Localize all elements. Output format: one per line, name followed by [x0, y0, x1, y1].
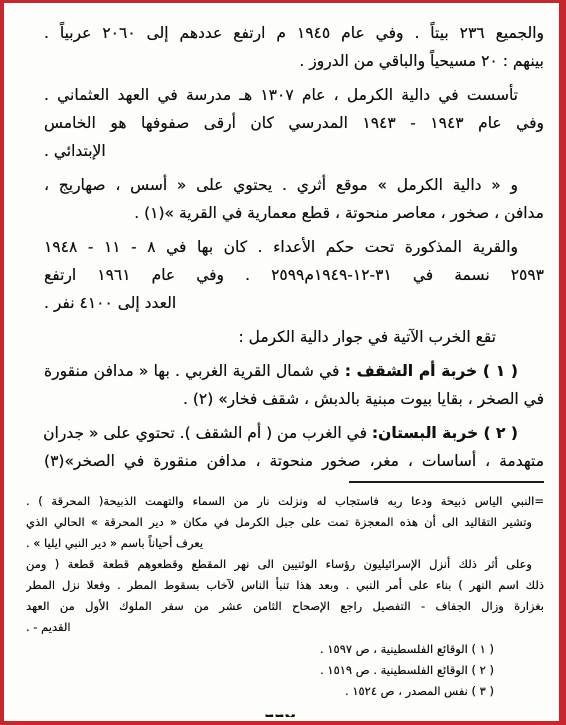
- paragraph-khirab-intro: تقع الخرب الآتية في جوار دالية الكرمل :: [44, 323, 544, 351]
- entry-heading: ( ٢ ) خربة البستان:: [372, 424, 518, 442]
- scan-border-frame: والجميع ٢٣٦ بيتاً . وفي عام ١٩٤٥ م ارتفع…: [0, 0, 566, 725]
- body-line: مدافن ، صخور ، معاصر منحوتة ، قطع معماري…: [44, 199, 544, 227]
- footnote-separator: [349, 481, 544, 483]
- entry-line: ( ٢ ) خربة البستان: في الغرب من ( أم الش…: [44, 419, 544, 447]
- body-line: و « دالية الكرمل » موقع أثري . يحتوي على…: [44, 171, 544, 199]
- body-line: العدد إلى ٤١٠٠ نفر .: [44, 289, 544, 317]
- footnote-line: القديم - .: [26, 617, 544, 638]
- entry-heading: ( ١ ) خربة أم الشقف :: [345, 362, 518, 380]
- entry-line: ( ١ ) خربة أم الشقف : في شمال القرية الغ…: [44, 357, 544, 385]
- page-content: والجميع ٢٣٦ بيتاً . وفي عام ١٩٤٥ م ارتفع…: [8, 6, 552, 717]
- paragraph-census: والقرية المذكورة تحت حكم الأعداء . كان ب…: [44, 233, 544, 317]
- footnotes-block: =النبي الياس ذبيحة ودعا ربه فاستجاب له و…: [26, 491, 544, 702]
- footnote-references: ( ١ ) الوقائع الفلسطينية ، ص ١٥٩٧ . ( ٢ …: [26, 639, 544, 702]
- footnote-line: وتشير التقاليد الى أن هذه المعجزة تمت عل…: [26, 512, 544, 533]
- body-line: ٢٥٩٣ نسمة في ٣١-١٢-١٩٤٩م٢٥٩٩ . وفي عام ١…: [44, 261, 544, 289]
- entry-text: في الغرب من ( أم الشقف ). تحتوي على « جد…: [44, 424, 367, 442]
- paragraph-school: تأسست في دالية الكرمل ، عام ١٣٠٧ هـ مدرس…: [44, 81, 544, 165]
- body-line: الإبتدائي .: [44, 137, 544, 165]
- body-line: وفي عام ١٩٤٣ - ١٩٤٣ المدرسي كان أرقى صفو…: [44, 109, 544, 137]
- body-line: والقرية المذكورة تحت حكم الأعداء . كان ب…: [44, 233, 544, 261]
- entry-albustan: ( ٢ ) خربة البستان: في الغرب من ( أم الش…: [44, 419, 544, 475]
- main-text-block: والجميع ٢٣٦ بيتاً . وفي عام ١٩٤٥ م ارتفع…: [44, 19, 544, 475]
- body-line: تأسست في دالية الكرمل ، عام ١٣٠٧ هـ مدرس…: [44, 81, 544, 109]
- body-line: متهدمة ، أساسات ، مغر، صخور منحوتة ، مدا…: [44, 447, 544, 475]
- body-line: بينهم : ٢٠ مسيحياً والباقي من الدروز .: [44, 47, 544, 75]
- footnote-line: وعلى أثر ذلك أنزل الإسرائيليون رؤساء الو…: [26, 554, 544, 575]
- footnote-line: =النبي الياس ذبيحة ودعا ربه فاستجاب له و…: [26, 491, 544, 512]
- footnote-line: يعرف أحياناً باسم « دير النبي ايليا » .: [26, 533, 544, 554]
- body-line: تقع الخرب الآتية في جوار دالية الكرمل :: [44, 323, 544, 351]
- paragraph-population: والجميع ٢٣٦ بيتاً . وفي عام ١٩٤٥ م ارتفع…: [44, 19, 544, 75]
- entry-umm-alshuqaf: ( ١ ) خربة أم الشقف : في شمال القرية الغ…: [44, 357, 544, 413]
- footnote-line: بغزارة وزال الجفاف - التفصيل راجع الإصحا…: [26, 596, 544, 617]
- footnote-ref: ( ٢ ) الوقائع الفلسطينية . ص ١٥١٩ .: [48, 660, 494, 681]
- body-line: في الصخر ، بقايا بيوت مبنية بالدبش ، شقف…: [44, 385, 544, 413]
- footnote-ref: ( ١ ) الوقائع الفلسطينية ، ص ١٥٩٧ .: [48, 639, 494, 660]
- body-line: والجميع ٢٣٦ بيتاً . وفي عام ١٩٤٥ م ارتفع…: [44, 19, 544, 47]
- page-number: ٦٦٢: [8, 710, 552, 717]
- footnote-line: ذلك اسم النهر ) بناء على أمر النبي . وبع…: [26, 575, 544, 596]
- entry-text: في شمال القرية الغربي . بها « مدافن منقو…: [44, 362, 339, 380]
- footnote-ref: ( ٣ ) نفس المصدر ، ص ١٥٢٤ .: [48, 681, 494, 702]
- paragraph-archaeology: و « دالية الكرمل » موقع أثري . يحتوي على…: [44, 171, 544, 227]
